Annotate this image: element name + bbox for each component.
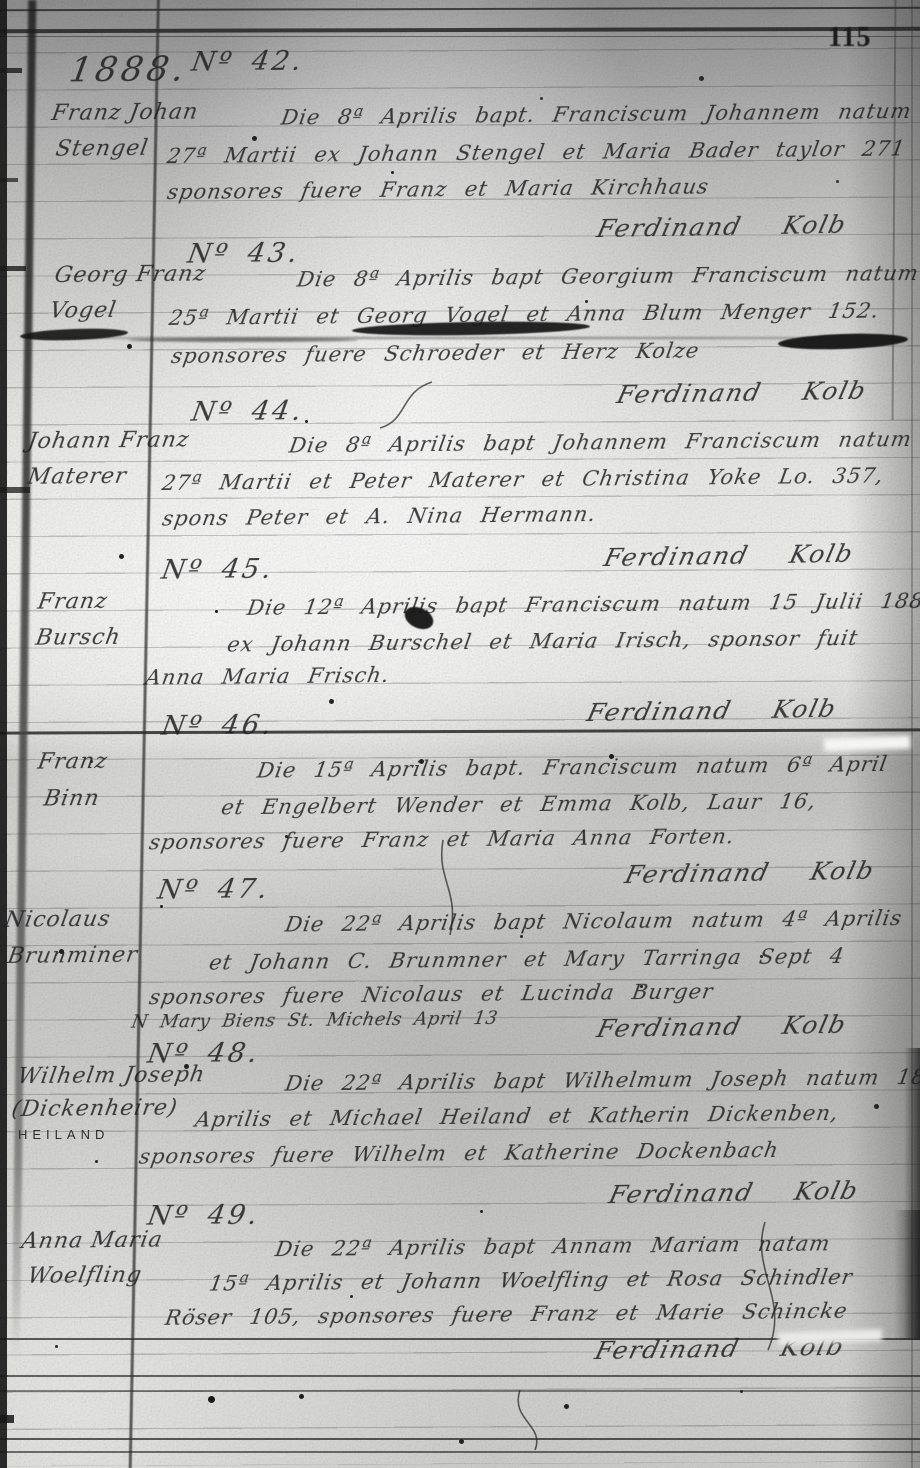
heiland-stamp: HEILAND: [18, 1127, 109, 1142]
entry-46-priest-signature: Ferdinand Kolb: [622, 856, 878, 889]
entry-46-margin-name: Binn: [42, 786, 102, 812]
entry-42-margin-name: Franz Johan: [50, 99, 201, 126]
binding-edge: [0, 0, 7, 1468]
entry-48-priest-signature: Ferdinand Kolb: [606, 1176, 862, 1209]
bottom-rule-line: [0, 1451, 920, 1453]
edge-tick-mark: [0, 266, 26, 271]
top-rule-line: [0, 36, 920, 37]
edge-tick-mark: [0, 178, 18, 182]
bottom-rule-line: [0, 1390, 920, 1392]
year-heading: 1888.: [67, 49, 191, 90]
edge-tick-mark: [0, 68, 22, 73]
entry-43-margin-name: Georg Franz: [53, 261, 209, 288]
entry-44-margin-name: Materer: [26, 463, 129, 489]
bottom-rule-line: [0, 1375, 920, 1377]
entry-43-margin-name: Vogel: [48, 298, 119, 324]
edge-tick-mark: [0, 1415, 14, 1423]
entry-44-number: Nº 44.: [189, 395, 306, 427]
entry-45-margin-name: Franz: [36, 589, 110, 615]
entry-42-priest-signature: Ferdinand Kolb: [594, 210, 850, 243]
entry-46-number: Nº 46.: [159, 709, 276, 741]
entry-46-margin-name: Franz: [36, 749, 110, 775]
entry-48-margin-name: (Dickenheire): [10, 1095, 180, 1122]
entry-49-margin-name: Woelfling: [26, 1262, 144, 1288]
strikethrough-line: [128, 338, 358, 342]
entry-43-priest-signature: Ferdinand Kolb: [614, 376, 870, 409]
top-rule-line: [0, 7, 920, 11]
entry-45-margin-name: Bursch: [34, 625, 123, 651]
scan-edge-shadow: [894, 1210, 920, 1340]
entry-49-margin-name: Anna Maria: [20, 1227, 165, 1253]
entry-45-number: Nº 45.: [159, 553, 276, 585]
entry-45-priest-signature: Ferdinand Kolb: [584, 694, 840, 727]
entry-48-margin-name: Wilhelm Joseph: [16, 1062, 207, 1089]
page-number: 115: [828, 22, 871, 54]
entry-44-line: spons Peter et A. Nina Hermann.: [161, 502, 599, 531]
entry-45-line: Anna Maria Frisch.: [144, 663, 392, 690]
entry-47-annotation: N Mary Biens St. Michels April 13: [130, 1008, 499, 1033]
entry-44-priest-signature: Ferdinand Kolb: [601, 539, 857, 572]
bottom-rule-line: [0, 1438, 920, 1440]
entry-47-number: Nº 47.: [155, 873, 272, 905]
entry-47-margin-name: Brunminer: [6, 942, 140, 968]
entry-47-priest-signature: Ferdinand Kolb: [594, 1010, 850, 1043]
entry-44-margin-name: Johann Franz: [26, 427, 192, 454]
entry-42-margin-name: Stengel: [54, 136, 151, 162]
dust-specks: [0, 0, 3, 3]
register-scan-page: 115 1888. Nº 42. Franz Johan Stengel Die…: [0, 0, 920, 1468]
entry-42-number: Nº 42.: [189, 45, 306, 77]
entry-47-margin-name: Nicolaus: [3, 906, 113, 932]
